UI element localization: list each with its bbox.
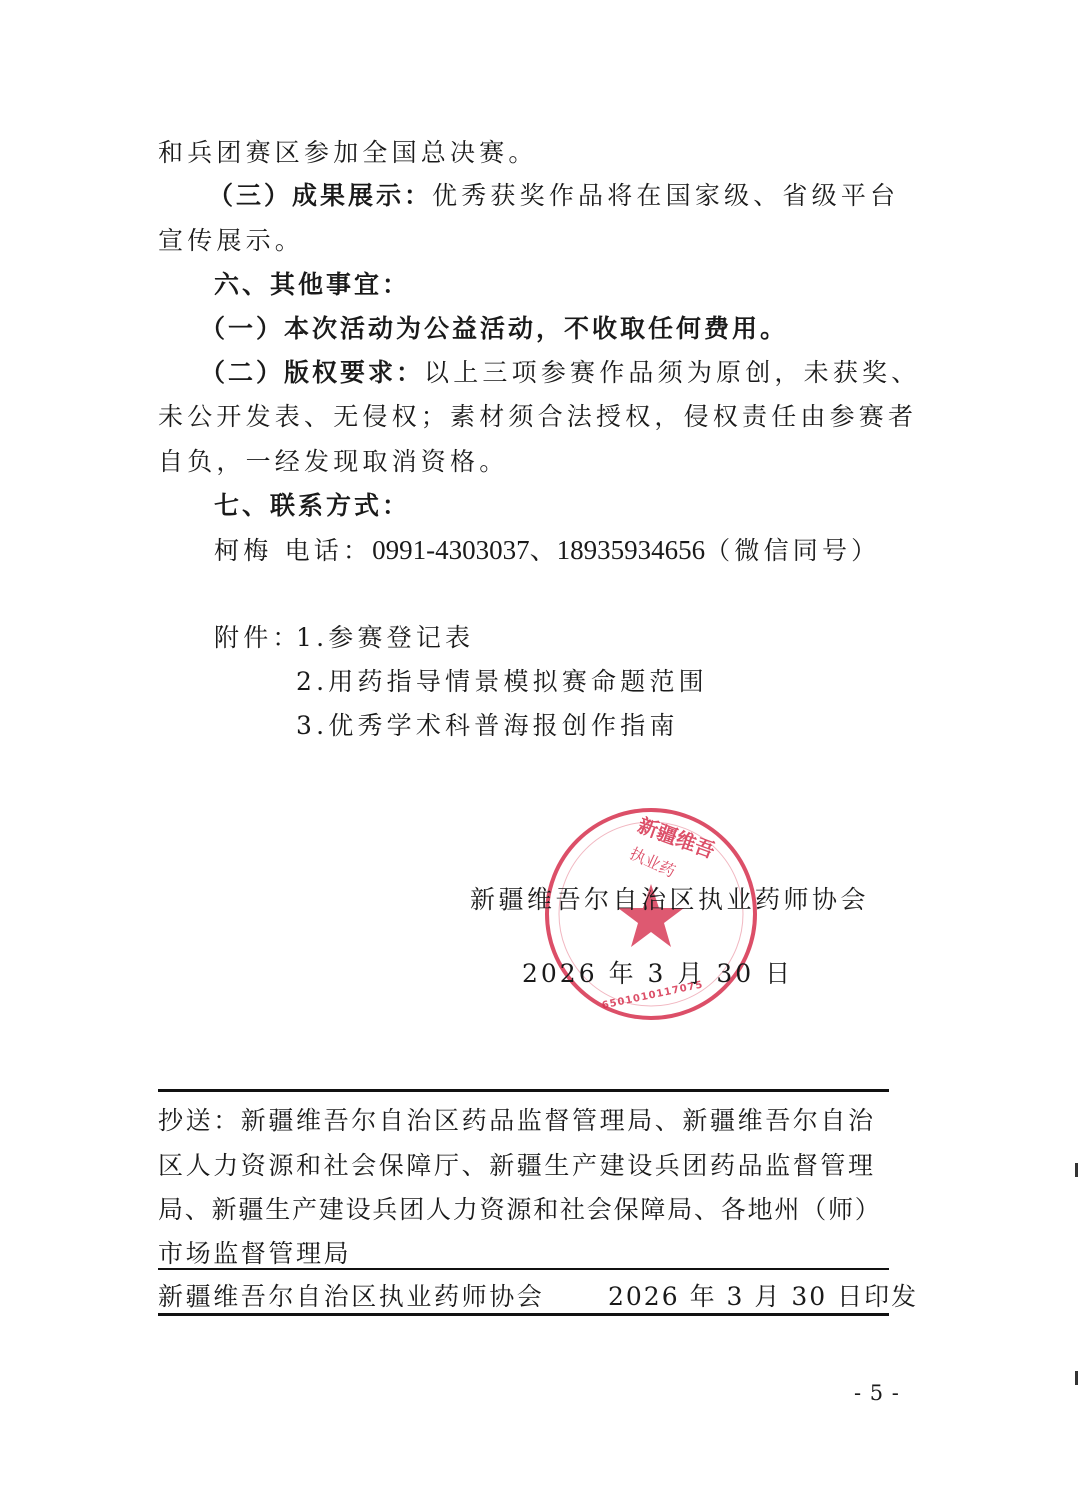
section-text: 优秀获奖作品将在国家级、省级平台: [432, 181, 899, 210]
attachment-item: 2.用药指导情景模拟赛命题范围: [296, 667, 708, 697]
paragraph-continuation: 和兵团赛区参加全国总决赛。: [158, 138, 538, 168]
issued-date: 2026 年 3 月 30 日印发: [608, 1282, 918, 1312]
section-results-display: （三）成果展示：优秀获奖作品将在国家级、省级平台: [208, 181, 899, 211]
contact-line: 柯梅 电话：0991-4303037、18935934656（微信同号）: [214, 535, 880, 566]
item-copyright-cont-1: 未公开发表、无侵权；素材须合法授权，侵权责任由参赛者: [158, 402, 917, 432]
scan-edge-mark: [1075, 1371, 1078, 1385]
scan-edge-mark: [1075, 1163, 1078, 1177]
contact-note: （微信同号）: [705, 536, 880, 565]
section-results-display-cont: 宣传展示。: [158, 226, 304, 256]
section-label: （三）成果展示：: [208, 181, 432, 210]
contact-name: 柯梅: [214, 536, 272, 565]
cc-line: 市场监督管理局: [158, 1239, 351, 1269]
heading-other-matters: 六、其他事宜：: [214, 270, 410, 300]
attachment-item: 1.参赛登记表: [296, 623, 474, 653]
contact-phone-label: 电话：: [285, 536, 373, 565]
cc-line: 抄送：新疆维吾尔自治区药品监督管理局、新疆维吾尔自治: [158, 1106, 876, 1136]
contact-phones: 0991-4303037、18935934656: [372, 535, 705, 565]
document-page: 和兵团赛区参加全国总决赛。 （三）成果展示：优秀获奖作品将在国家级、省级平台 宣…: [0, 0, 1080, 60]
item-label: （二）版权要求：: [200, 358, 424, 387]
issued-org: 新疆维吾尔自治区执业药师协会: [158, 1282, 544, 1312]
item-copyright: （二）版权要求：以上三项参赛作品须为原创，未获奖、: [200, 358, 920, 388]
signature-org: 新疆维吾尔自治区执业药师协会: [470, 885, 1080, 915]
item-text: 以上三项参赛作品须为原创，未获奖、: [424, 358, 920, 387]
divider-middle: [158, 1268, 889, 1270]
attachments-label: 附件：: [214, 623, 302, 653]
heading-contact: 七、联系方式：: [214, 491, 410, 521]
attachment-item: 3.优秀学术科普海报创作指南: [296, 711, 679, 741]
cc-line: 区人力资源和社会保障厅、新疆生产建设兵团药品监督管理: [158, 1151, 876, 1181]
divider-bottom: [158, 1313, 889, 1316]
page-number: - 5 -: [854, 1378, 900, 1408]
divider-top: [158, 1089, 889, 1092]
item-copyright-cont-2: 自负，一经发现取消资格。: [158, 447, 508, 477]
signature-date: 2026 年 3 月 30 日: [522, 959, 1080, 989]
cc-line: 局、新疆生产建设兵团人力资源和社会保障局、各地州（师）: [158, 1195, 882, 1225]
item-public-welfare: （一）本次活动为公益活动，不收取任何费用。: [200, 314, 788, 344]
